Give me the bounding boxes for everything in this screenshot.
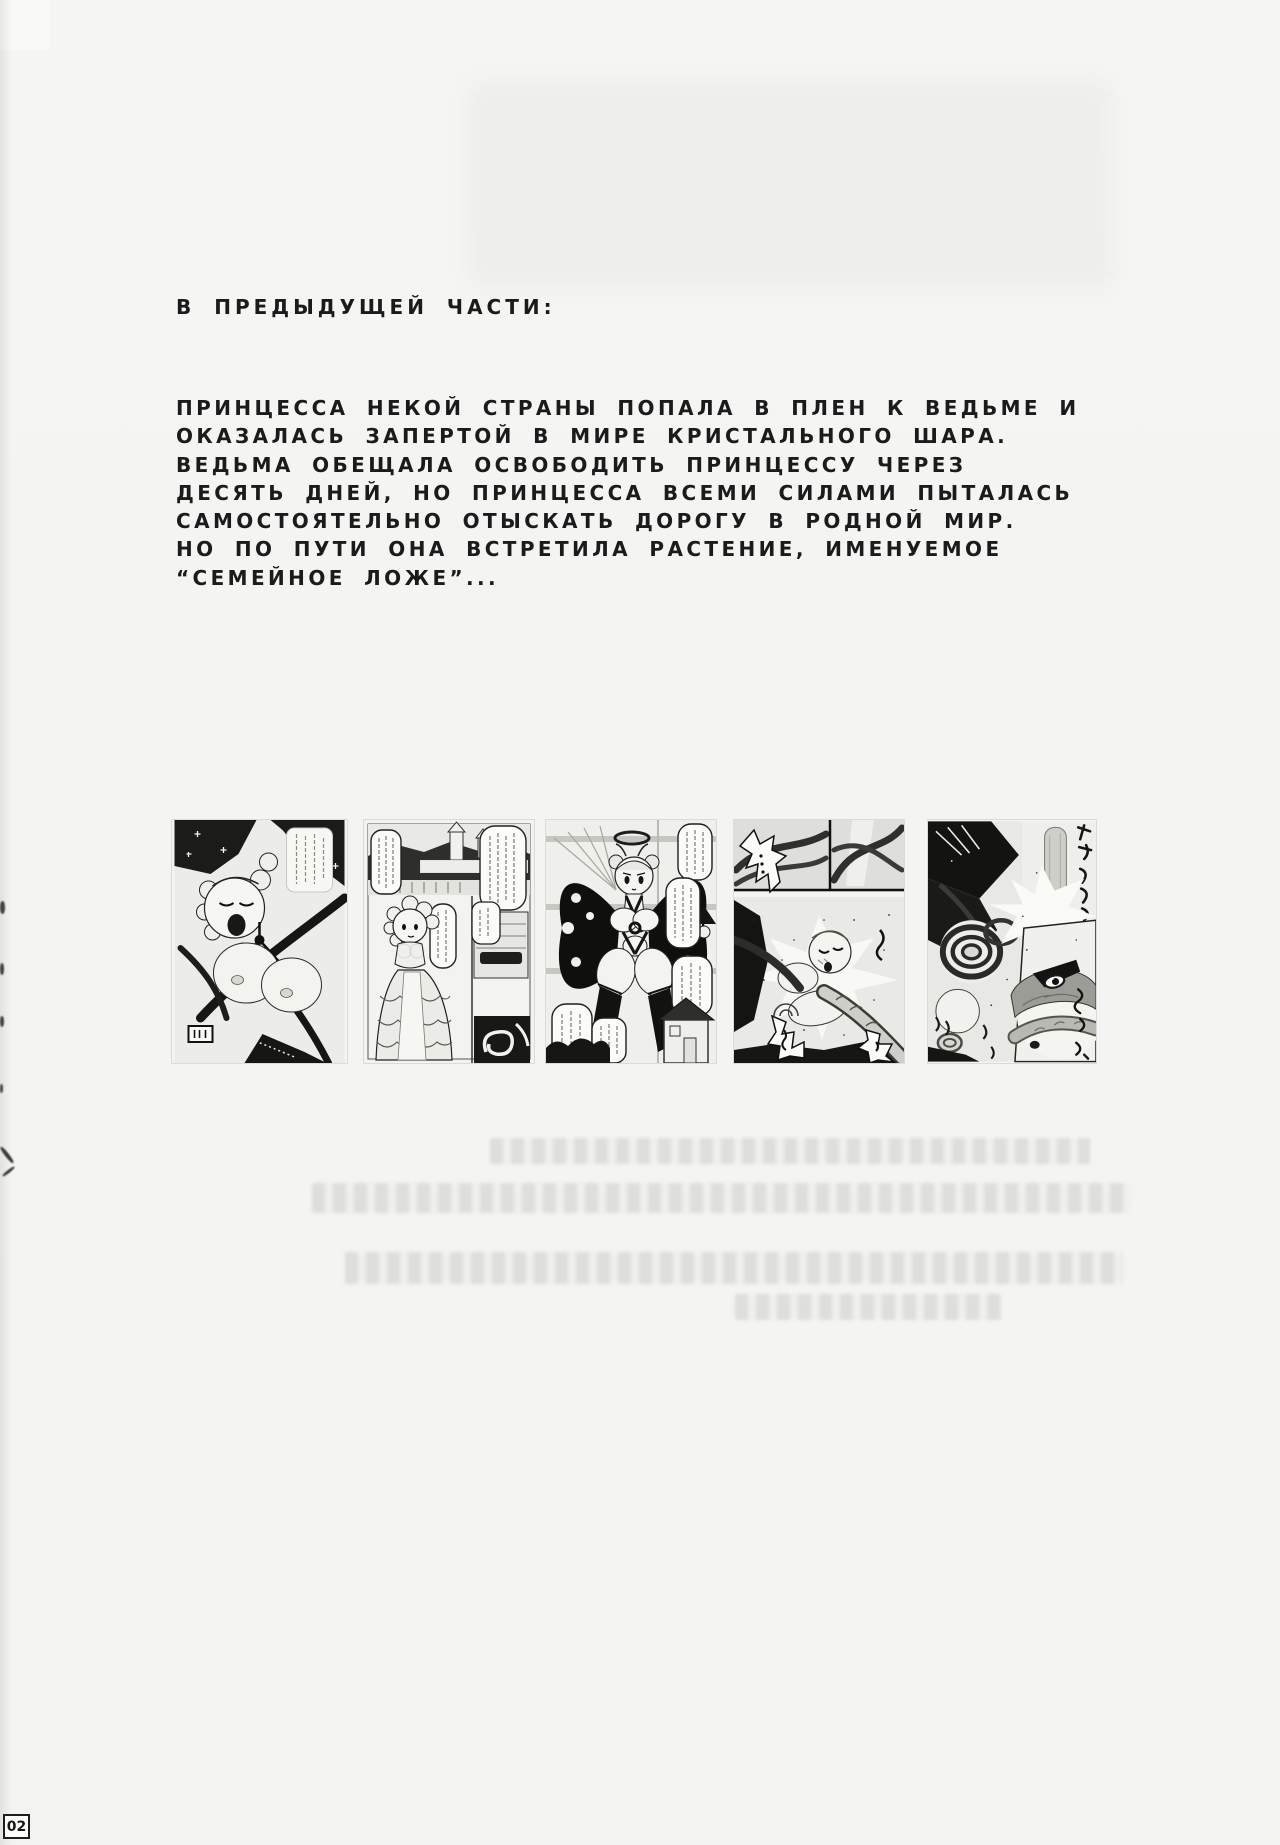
page-number-badge: 02	[3, 1814, 30, 1839]
bleedthrough-text-line-3	[345, 1252, 1123, 1284]
scan-edge-shadow	[0, 0, 12, 1845]
scan-smudge	[0, 901, 5, 914]
face-panel	[1011, 920, 1096, 1061]
manga-panel-thumbnail-2	[364, 820, 534, 1063]
manga-panel-thumbnail-1	[172, 820, 347, 1063]
recap-heading: В ПРЕДЫДУЩЕЙ ЧАСТИ:	[176, 294, 556, 319]
recap-line-4: ДЕСЯТЬ ДНЕЙ, НО ПРИНЦЕССА ВСЕМИ СИЛАМИ П…	[176, 478, 1080, 507]
page-number: 02	[7, 1819, 26, 1835]
recap-line-5: САМОСТОЯТЕЛЬНО ОТЫСКАТЬ ДОРОГУ В РОДНОЙ …	[176, 506, 1080, 535]
scan-smudge	[0, 963, 4, 975]
page-corner-mark	[189, 1026, 213, 1042]
recap-line-6: НО ПО ПУТИ ОНА ВСТРЕТИЛА РАСТЕНИЕ, ИМЕНУ…	[176, 534, 1080, 563]
recap-line-7: “СЕМЕЙНОЕ ЛОЖЕ”...	[176, 563, 1080, 592]
manga-art-panel-1	[172, 820, 347, 1063]
manga-art-panel-3	[546, 820, 716, 1063]
manga-art-panel-5	[928, 820, 1096, 1063]
recap-paragraph: ПРИНЦЕССА НЕКОЙ СТРАНЫ ПОПАЛА В ПЛЕН К В…	[176, 393, 1080, 591]
bleedthrough-text-line-2	[312, 1183, 1130, 1213]
scan-smudge	[0, 1084, 3, 1093]
bleedthrough-text-line-1	[490, 1138, 1090, 1164]
scan-smudge	[0, 1016, 4, 1027]
scanned-page: В ПРЕДЫДУЩЕЙ ЧАСТИ: ПРИНЦЕССА НЕКОЙ СТРА…	[0, 0, 1280, 1845]
manga-panel-thumbnail-5	[928, 820, 1096, 1063]
manga-art-panel-4	[734, 820, 904, 1063]
speech-bubble	[287, 828, 333, 892]
recap-line-1: ПРИНЦЕССА НЕКОЙ СТРАНЫ ПОПАЛА В ПЛЕН К В…	[176, 393, 1080, 422]
manga-art-panel-2	[364, 820, 534, 1063]
manga-panel-thumbnail-3	[546, 820, 716, 1063]
recap-line-2: ОКАЗАЛАСЬ ЗАПЕРТОЙ В МИРЕ КРИСТАЛЬНОГО Ш…	[176, 421, 1080, 450]
recap-line-3: ВЕДЬМА ОБЕЩАЛА ОСВОБОДИТЬ ПРИНЦЕССУ ЧЕРЕ…	[176, 450, 1080, 479]
bleedthrough-text-line-4	[735, 1294, 1003, 1320]
manga-panel-thumbnail-4	[734, 820, 904, 1063]
bleedthrough-image-area	[468, 82, 1112, 286]
swirl-panel	[474, 1016, 530, 1063]
